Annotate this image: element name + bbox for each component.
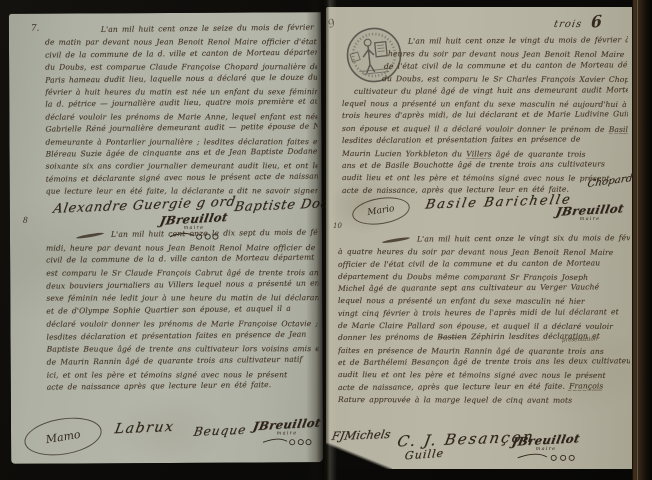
mayor-signature-block-act10: JBreuillot maire [510,433,582,463]
left-page: 7. L'an mil huit cent onze le seize du m… [9,12,323,464]
handwritten-line: civil de la commune de la d. ville canto… [46,252,318,268]
act-8-margin-number: 8 [23,216,28,225]
signature-labrux: Labrux [113,419,175,437]
handwritten-line: vingt cinq février à trois heures de l'a… [338,306,630,320]
handwritten-line: de l'état civil de la commune et du cant… [342,59,628,73]
act-8-text: L'an mil huit cent onze le dix sept du m… [46,228,319,395]
handwritten-line: L'an mil huit cent onze le seize du mois… [45,23,317,37]
handwritten-line: de Maurin Rannin âgé de quarante trois a… [47,353,319,369]
handwritten-line: trois heures d'après midi, de lui déclar… [342,109,628,123]
paraph-guille: Guille [404,447,445,463]
scanned-register-spread: 7. L'an mil huit cent onze le seize du m… [0,0,652,480]
handwritten-line: L'an mil huit cent onze le dix sept du m… [46,228,318,242]
book-edge [632,0,652,480]
paraph-text: Mario [367,204,395,218]
handwritten-line: Rature approuvée à la marge lequel de ci… [338,394,630,407]
handwritten-line: lesdites déclaration et présentation fai… [46,328,318,344]
mayor-signature-block-act8: JBreuillot maire [251,417,323,447]
act-9-text: L'an mil huit cent onze le vingt du mois… [342,36,628,198]
handwritten-line: Paris hameau dudit lieu, laquelle nous a… [45,71,317,86]
handwritten-line: et de d'Olympe Sophie Quartier son épous… [46,303,318,319]
act-7-margin-number: 7. [31,24,40,34]
annotation-flourish: 6 [591,11,602,32]
handwritten-line: et de Barthélemi Besançon âgé de trente … [338,355,630,369]
signature-flourish-icon [512,451,580,463]
handwritten-line: civil de la commune de la d. ville et ca… [45,46,317,61]
handwritten-line: Michel âgé de quarante sept ans cultivat… [338,281,630,295]
handwritten-line: L'an mil huit cent onze le vingt du mois… [342,36,628,48]
signature-fjmichels: FJMichels [331,427,392,443]
paraph-oval-signature: Mamo [22,412,105,460]
page-header-annotation: trois 6 [554,12,602,31]
handwritten-line: la d. pétrice — journalière audit lieu, … [45,96,317,111]
handwritten-line: Bléreau Suzie âgée de cinquante ans et d… [45,145,317,160]
act-9-margin-number: 9 [326,16,337,31]
handwritten-line: acte de naissance après que lecture leur… [47,379,319,395]
interline-insertion-note: présentation [562,336,598,343]
signature-beuque: Beuque [193,423,248,439]
act-7-text: L'an mil huit cent onze le seize du mois… [45,23,318,198]
handwritten-line: ans et de Basile Bouchotte âgé de trente… [342,158,628,172]
paraph-oval-signature: Mario [350,194,411,229]
handwritten-line: L'an mil huit cent onze le vingt six du … [338,234,630,246]
handwritten-line: témoins et déclarante signé avec nous le… [46,170,318,185]
handwritten-line: deux bouviers journaliers au Villers leq… [46,277,318,293]
scan-corner-shadow [326,443,392,469]
handwritten-line: acte de naissance, après que lecture leu… [338,380,630,394]
act-10-margin-number: 10 [333,222,342,230]
mayor-signature-block-act9: JBreuillot maire [554,203,626,222]
handwritten-line: lesdites déclaration et présentation fai… [342,133,628,147]
handwritten-line: Gabrielle Réné journalière demeurant aud… [45,121,317,136]
annotation-word: trois [553,19,583,30]
paraph-text: Mamo [45,427,82,445]
signature-flourish-icon [259,435,315,447]
handwritten-line: cultivateur du plané âgé de vingt huit a… [342,84,628,98]
right-page: 9 trois 6 L'an mil huit cent onze le vin… [326,7,632,469]
act-10-text: L'an mil huit cent onze le vingt six du … [338,234,630,407]
handwritten-line: officier de l'état civil de la commune e… [338,257,630,271]
